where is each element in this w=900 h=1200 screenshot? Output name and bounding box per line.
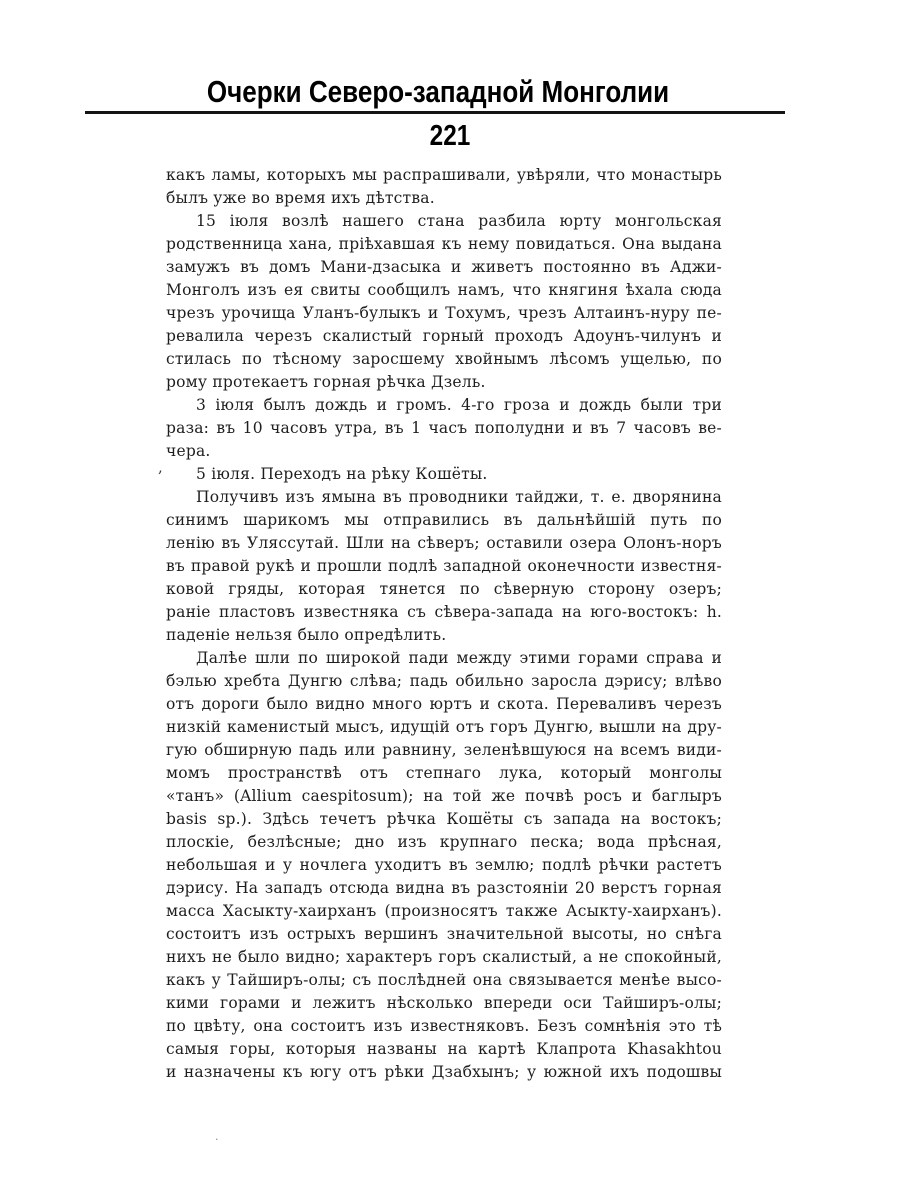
text-line: отъ дороги было видно много юртъ и скота… (166, 693, 722, 716)
text-line: состоитъ изъ острыхъ вершинъ значительно… (166, 923, 722, 946)
text-line: ревалила черезъ скалистый горный проходъ… (166, 325, 722, 348)
header-rule (85, 111, 785, 114)
text-line: «танъ» (Allium caespitosum); на той же п… (166, 785, 722, 808)
text-line: плоскіе, безлѣсные; дно изъ крупнаго пес… (166, 831, 722, 854)
text-line: масса Хасыкту-хаирханъ (произносятъ такж… (166, 900, 722, 923)
text-line: раза: въ 10 часовъ утра, въ 1 часъ попол… (166, 417, 722, 440)
text-line: гую обширную падь или равнину, зеленѣвшу… (166, 739, 722, 762)
running-title: Очерки Северо-западной Монголии (70, 74, 806, 110)
text-line: какъ у Тайширъ-олы; съ послѣдней она свя… (166, 969, 722, 992)
text-line: и назначены къ югу отъ рѣки Дзабхынъ; у … (166, 1061, 722, 1084)
text-line: 3 іюля былъ дождь и громъ. 4-го гроза и … (166, 394, 722, 417)
text-line: ковой гряды, которая тянется по сѣверную… (166, 578, 722, 601)
ink-speck: . (215, 1130, 219, 1143)
text-line: нихъ не было видно; характеръ горъ скали… (166, 946, 722, 969)
text-line: кими горами и лежитъ нѣсколько впереди о… (166, 992, 722, 1015)
text-line: замужъ въ домъ Мани-дзасыка и живетъ пос… (166, 256, 722, 279)
text-line: родственница хана, пріѣхавшая къ нему по… (166, 233, 722, 256)
text-line: basis sp.). Здѣсь течетъ рѣчка Кошёты съ… (166, 808, 722, 831)
text-line: Получивъ изъ ямына въ проводники тайджи,… (166, 486, 722, 509)
text-line: 15 іюля возлѣ нашего стана разбила юрту … (166, 210, 722, 233)
text-line: бэлью хребта Дунгю слѣва; падь обильно з… (166, 670, 722, 693)
text-line: небольшая и у ночлега уходитъ въ землю; … (166, 854, 722, 877)
text-line: стилась по тѣсному заросшему хвойнымъ лѣ… (166, 348, 722, 371)
scanned-book-page: Очерки Северо-западной Монголии 221 , . … (0, 0, 900, 1200)
body-text: какъ ламы, которыхъ мы распрашивали, увѣ… (166, 164, 722, 1084)
text-line: синимъ шарикомъ мы отправились въ дальнѣ… (166, 509, 722, 532)
text-line: рому протекаетъ горная рѣчка Дзель. (166, 371, 722, 394)
text-line: паденіе нельзя было опредѣлить. (166, 624, 722, 647)
text-line: раніе пластовъ известняка съ сѣвера-запа… (166, 601, 722, 624)
text-line: чрезъ урочища Уланъ-булыкъ и Тохумъ, чре… (166, 302, 722, 325)
text-line: какъ ламы, которыхъ мы распрашивали, увѣ… (166, 164, 722, 187)
page-number: 221 (72, 120, 828, 153)
stray-ink-mark: , (158, 458, 163, 476)
text-line: дэрису. На западъ отсюда видна въ разсто… (166, 877, 722, 900)
text-line: чера. (166, 440, 722, 463)
text-line: низкій каменистый мысъ, идущій отъ горъ … (166, 716, 722, 739)
text-line: былъ уже во время ихъ дѣтства. (166, 187, 722, 210)
text-line: Далѣе шли по широкой пади между этими го… (166, 647, 722, 670)
text-line: ленію въ Уляссутай. Шли на сѣверъ; остав… (166, 532, 722, 555)
text-line: самыя горы, которыя названы на картѣ Кла… (166, 1038, 722, 1061)
text-line: момъ пространствѣ отъ степнаго лука, кот… (166, 762, 722, 785)
text-line: въ правой рукѣ и прошли подлѣ западной о… (166, 555, 722, 578)
text-line: по цвѣту, она состоитъ изъ известняковъ.… (166, 1015, 722, 1038)
text-line: Монголъ изъ ея свиты сообщилъ намъ, что … (166, 279, 722, 302)
text-line: 5 іюля. Переходъ на рѣку Кошёты. (166, 463, 722, 486)
